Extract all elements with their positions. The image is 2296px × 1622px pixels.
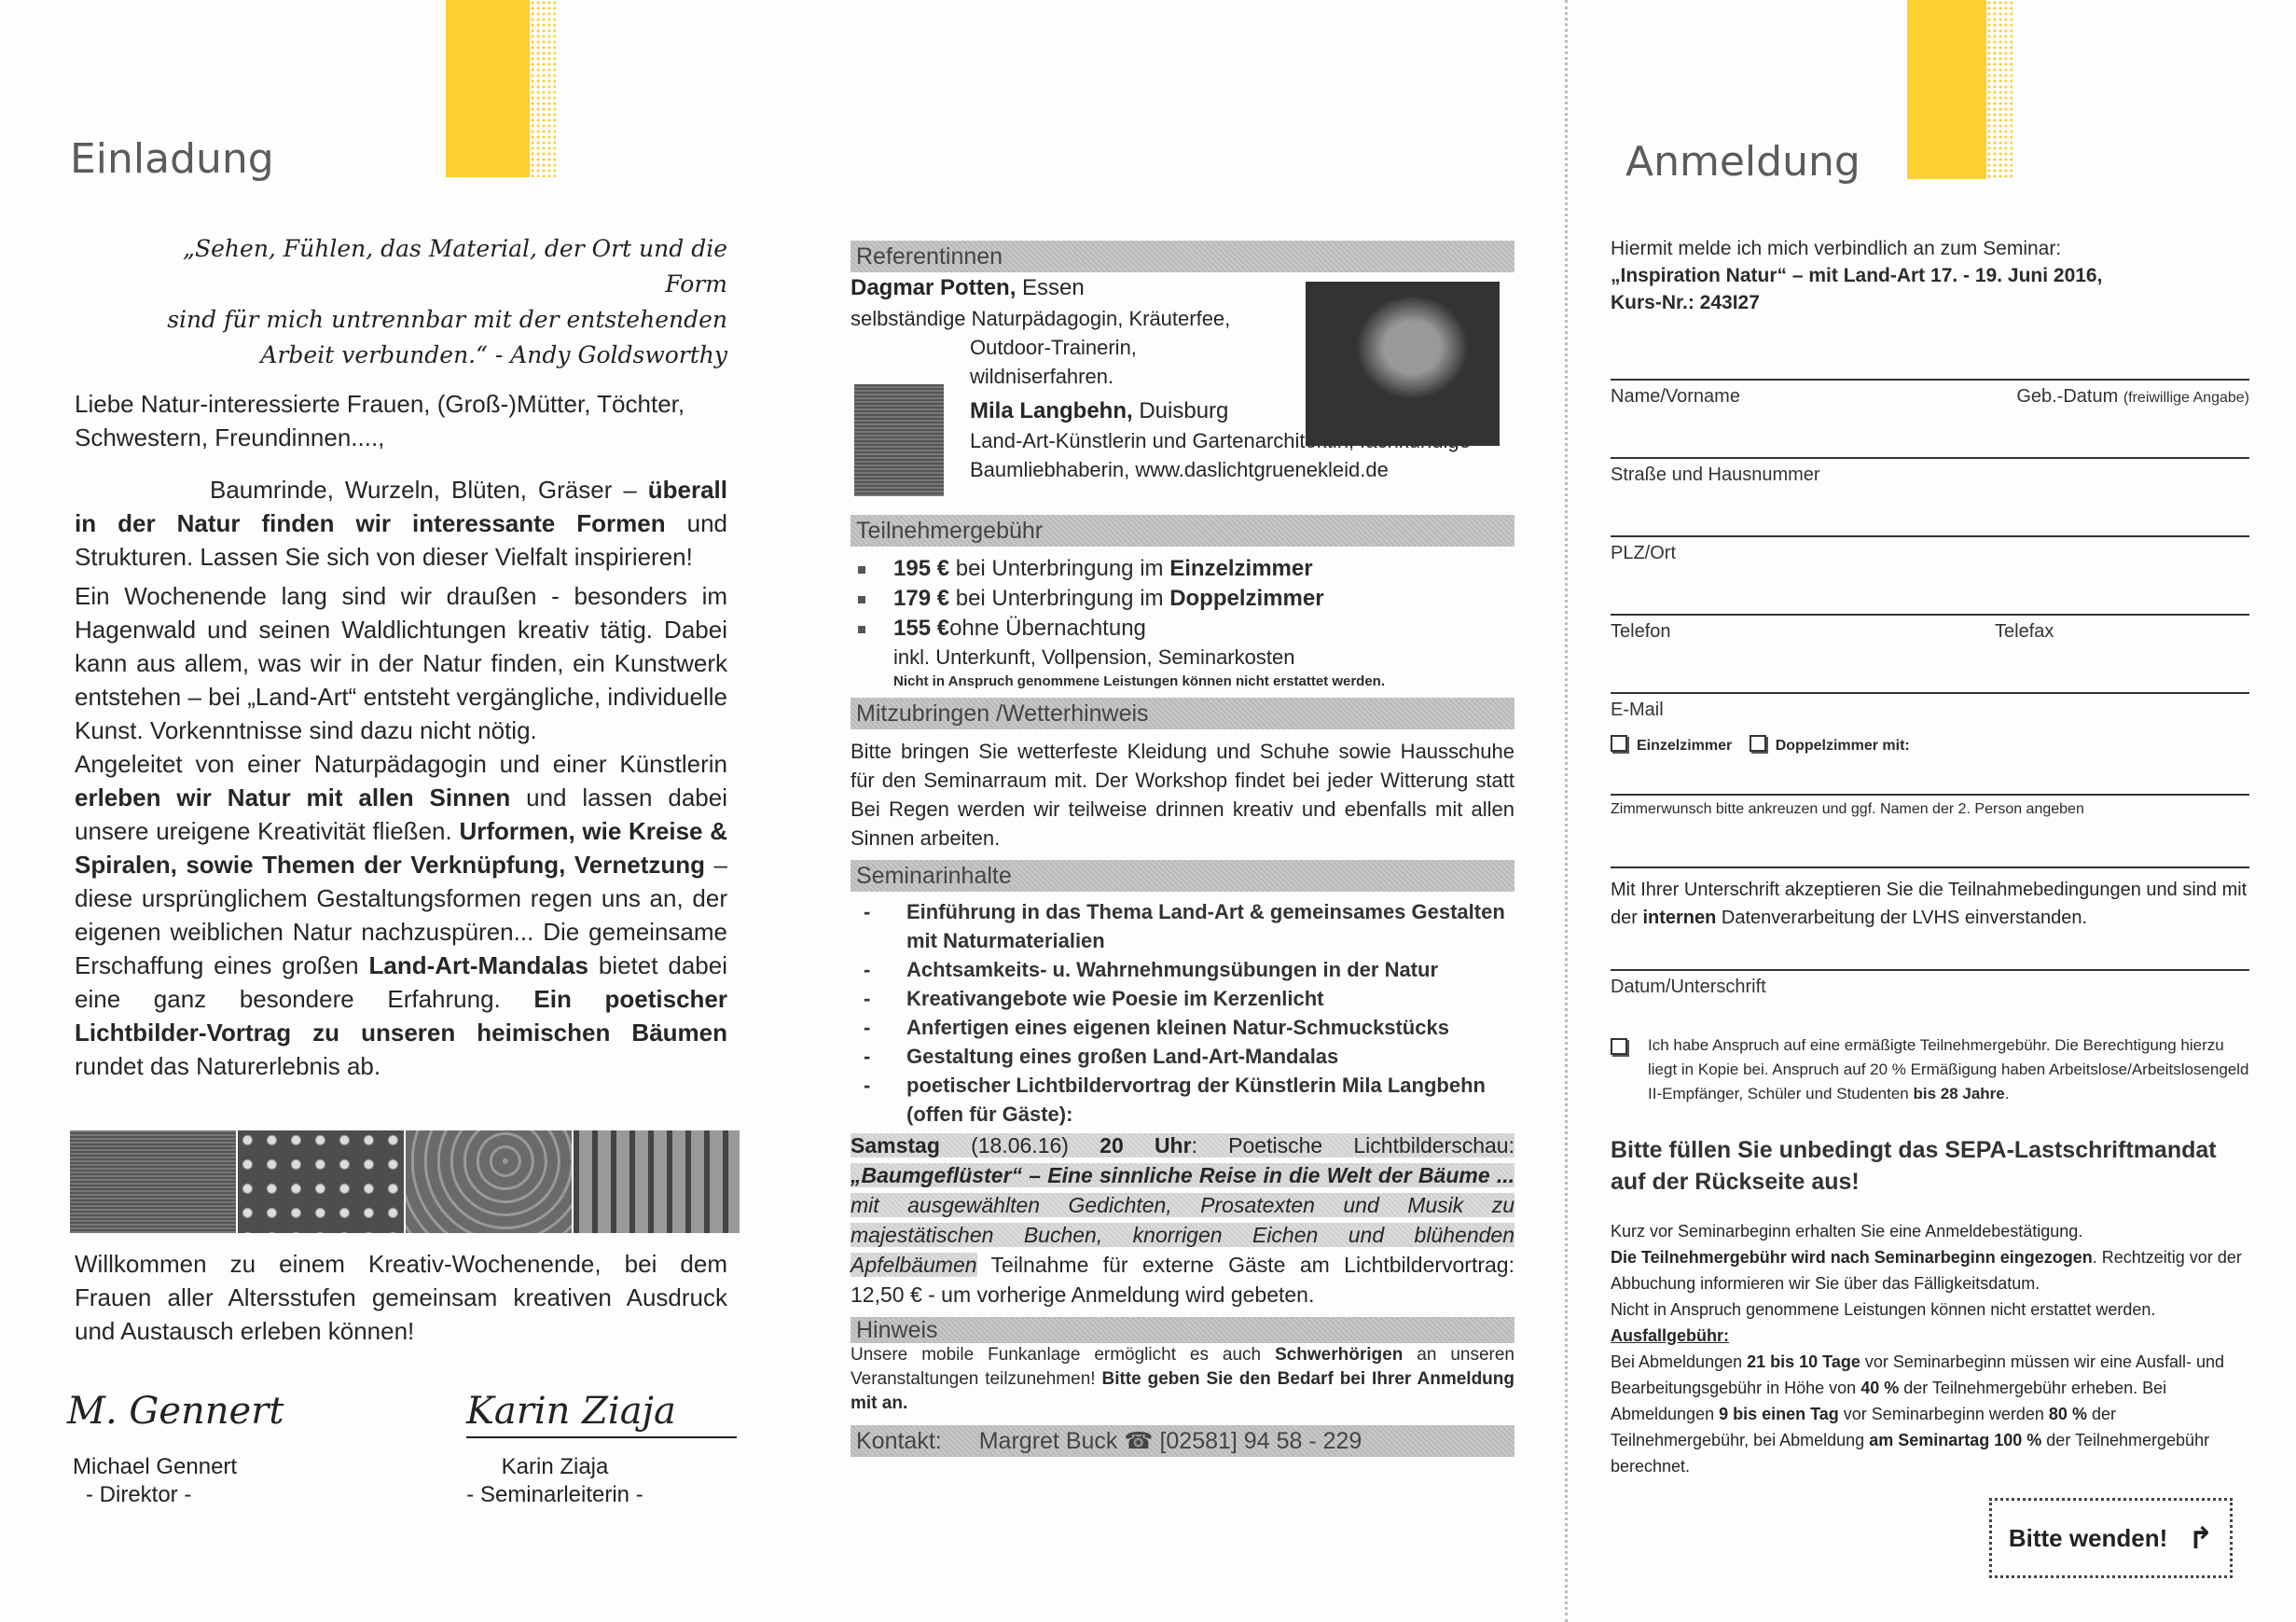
label-email: E-Mail (1611, 700, 1664, 720)
phone-icon: ☎ (1124, 1428, 1153, 1454)
hint-text: Unsere mobile Funkanlage ermöglicht es a… (851, 1343, 1515, 1416)
signer-name: Michael Gennert (73, 1453, 237, 1481)
signer-name: Karin Ziaja (462, 1453, 648, 1481)
field-city[interactable]: PLZ/Ort (1611, 537, 2249, 614)
label-phone: Telefon (1611, 621, 1671, 642)
topic-item: Anfertigen eines eigenen kleinen Natur-S… (851, 1013, 1515, 1042)
fee-amount: 195 € (893, 556, 949, 581)
event-day: Samstag (851, 1133, 940, 1158)
checkbox-single-room[interactable]: Einzelzimmer (1611, 738, 1732, 754)
paragraph-2: Ein Wochenende lang sind wir draußen - b… (75, 579, 727, 747)
topic-item: poetischer Lichtbildervortrag der Künstl… (851, 1071, 1515, 1129)
text-bold: Die Teilnehmergebühr wird nach Seminarbe… (1611, 1248, 2093, 1267)
field-name[interactable]: Name/Vorname Geb.-Datum (freiwillige Ang… (1611, 381, 2249, 457)
quote-line: sind für mich untrennbar mit der entsteh… (140, 302, 727, 338)
fee-text: ohne Übernachtung (949, 616, 1146, 641)
fee-text: bei Unterbringung im (949, 556, 1169, 581)
consent-text: Mit Ihrer Unterschrift akzeptieren Sie d… (1611, 876, 2249, 969)
room-note: Zimmerwunsch bitte ankreuzen und ggf. Na… (1611, 801, 2249, 866)
signature-gennert: M. Gennert (67, 1390, 284, 1433)
label-city: PLZ/Ort (1611, 543, 1676, 563)
field-street[interactable]: Straße und Hausnummer (1611, 459, 2249, 535)
reduced-fee-option[interactable]: Ich habe Anspruch auf eine ermäßigte Tei… (1611, 1033, 2249, 1106)
text: vor Seminarbeginn werden (1839, 1405, 2049, 1423)
referents: Dagmar Potten, Essen selbständige Naturp… (851, 272, 1515, 506)
text-bold: 21 bis 10 Tage (1747, 1352, 1860, 1371)
fee-item: 155 €ohne Übernachtung (851, 614, 1515, 644)
text: Unsere mobile Funkanlage ermöglicht es a… (851, 1345, 1275, 1365)
text-bold: 40 % (1860, 1379, 1899, 1397)
registration-intro: Hiermit melde ich mich verbindlich an zu… (1611, 235, 2249, 316)
cancel-text: Bei Abmeldungen 21 bis 10 Tage vor Semin… (1611, 1349, 2249, 1479)
quote: „Sehen, Fühlen, das Material, der Ort un… (140, 231, 727, 373)
contact-bar: Kontakt: Margret Buck ☎ [02581] 94 58 - … (851, 1425, 1515, 1457)
topic-item: Kreativangebote wie Poesie im Kerzenlich… (851, 984, 1515, 1013)
label-date-signature: Datum/Unterschrift (1611, 977, 2249, 998)
text-bold: am Seminartag 100 % (1869, 1431, 2041, 1449)
fee-item: 179 € bei Unterbringung im Doppelzimmer (851, 584, 1515, 614)
quote-line: Arbeit verbunden.“ - Andy Goldsworthy (140, 338, 727, 373)
signer-role: - Seminarleiterin - (462, 1481, 648, 1509)
paragraph-1: Baumrinde, Wurzeln, Blüten, Gräser – übe… (75, 473, 727, 574)
signature-ziaja: Karin Ziaja (466, 1390, 737, 1438)
photo-strip (70, 1130, 740, 1233)
field-email[interactable]: E-Mail (1611, 694, 2249, 722)
sepa-notice: Bitte füllen Sie unbedingt das SEPA-Last… (1611, 1134, 2226, 1198)
paragraph-3: Angeleitet von einer Naturpädagogin und … (75, 747, 727, 1083)
fold-divider (1565, 0, 1568, 1622)
payment-info: Kurz vor Seminarbeginn erhalten Sie eine… (1611, 1218, 2249, 1479)
contact-label: Kontakt: (856, 1425, 942, 1457)
fee-room: Doppelzimmer (1169, 586, 1323, 611)
topic-item: Einführung in das Thema Land-Art & gemei… (851, 897, 1515, 955)
welcome-text: Willkommen zu einem Kreativ-Wochenende, … (75, 1247, 727, 1348)
event-title: „Baumgeflüster“ – Eine sinnliche Reise i… (851, 1163, 1515, 1187)
text: rundet das Naturerlebnis ab. (75, 1052, 380, 1080)
signer-ziaja: Karin Ziaja - Seminarleiterin - (462, 1453, 648, 1509)
contact-info: Margret Buck ☎ [02581] 94 58 - 229 (979, 1425, 1362, 1457)
turn-arrow-icon: ↱ (2188, 1520, 2213, 1556)
section-heading-content: Seminarinhalte (851, 860, 1515, 892)
photo-dagmar-potten (1306, 282, 1500, 446)
photo-mila-langbehn (854, 384, 944, 496)
fee-item: 195 € bei Unterbringung im Einzelzimmer (851, 554, 1515, 584)
event-time: 20 Uhr (1100, 1133, 1191, 1158)
fee-included: inkl. Unterkunft, Vollpension, Seminarko… (851, 644, 1515, 672)
registration-form: Hiermit melde ich mich verbindlich an zu… (1611, 235, 2249, 1479)
text: Bei Abmeldungen (1611, 1352, 1747, 1371)
section-heading-fee: Teilnehmergebühr (851, 515, 1515, 547)
topic-item: Gestaltung eines großen Land-Art-Mandala… (851, 1042, 1515, 1071)
section-heading-bring: Mitzubringen /Wetterhinweis (851, 698, 1515, 729)
no-refund-text: Nicht in Anspruch genommene Leistungen k… (1611, 1296, 2249, 1323)
fee-amount: 155 € (893, 616, 949, 641)
seminar-name: „Inspiration Natur“ – mit Land-Art 17. -… (1611, 262, 2249, 289)
label-birthdate: Geb.-Datum (freiwillige Angabe) (2016, 386, 2249, 457)
label-name: Name/Vorname (1611, 386, 1740, 457)
section-heading-hint: Hinweis (851, 1317, 1515, 1343)
text-bold: Land-Art-Mandalas (369, 951, 588, 979)
checkbox-icon (1611, 1038, 1627, 1055)
text: . (2005, 1085, 2010, 1102)
fee-list: 195 € bei Unterbringung im Einzelzimmer … (851, 554, 1515, 644)
section-heading-referents: Referentinnen (851, 241, 1515, 272)
reduced-fee-text: Ich habe Anspruch auf eine ermäßigte Tei… (1648, 1033, 2249, 1106)
photo-landart-2 (238, 1130, 406, 1233)
text-bold: Schwerhörigen (1275, 1345, 1403, 1365)
text-bold: 9 bis einen Tag (1719, 1405, 1839, 1423)
page-title-einladung: Einladung (70, 135, 274, 183)
referent-city: Essen (1016, 275, 1084, 300)
signature-line[interactable] (1611, 969, 2249, 971)
referent-name: Dagmar Potten, (851, 275, 1016, 300)
checkbox-icon (1611, 735, 1627, 752)
greeting: Liebe Natur-interessierte Frauen, (Groß-… (75, 387, 727, 454)
label-birth-note: (freiwillige Angabe) (2123, 390, 2249, 406)
debit-text: Die Teilnehmergebühr wird nach Seminarbe… (1611, 1244, 2249, 1296)
field-line (1611, 794, 2249, 796)
signer-role: - Direktor - (73, 1481, 237, 1509)
yellow-accent-block-left (446, 0, 530, 177)
turn-page-label: Bitte wenden! (2009, 1524, 2167, 1553)
fee-amount: 179 € (893, 586, 949, 611)
bring-text: Bitte bringen Sie wetterfeste Kleidung u… (851, 737, 1515, 853)
field-phone[interactable]: Telefon Telefax (1611, 616, 2249, 692)
contact-name: Margret Buck (979, 1428, 1118, 1454)
text-bold: 80 % (2049, 1405, 2087, 1423)
fee-room: Einzelzimmer (1169, 556, 1312, 581)
event-description: Samstag (18.06.16) 20 Uhr: Poetische Lic… (851, 1130, 1515, 1310)
referent-name: Mila Langbehn, (970, 398, 1133, 423)
checkbox-icon (1750, 735, 1766, 752)
event-date: (18.06.16) (940, 1133, 1100, 1158)
confirm-text: Kurz vor Seminarbeginn erhalten Sie eine… (1611, 1218, 2249, 1244)
course-number: Kurs-Nr.: 243I27 (1611, 289, 2249, 316)
event-label: : Poetische Lichtbilderschau: (1192, 1133, 1515, 1158)
referent-desc: Outdoor-Trainerin, wildniserfahren. (970, 333, 1278, 391)
signer-gennert: Michael Gennert - Direktor - (73, 1453, 237, 1509)
middle-panel: Referentinnen Dagmar Potten, Essen selbs… (851, 241, 1515, 1457)
turn-page-box: Bitte wenden! ↱ (1989, 1498, 2233, 1578)
topic-list: Einführung in das Thema Land-Art & gemei… (851, 897, 1515, 1129)
field-line (1611, 866, 2249, 868)
text: Datenverarbeitung der LVHS einverstanden… (1716, 908, 2087, 928)
photo-landart-1 (70, 1130, 238, 1233)
label-fax: Telefax (1995, 621, 2054, 643)
photo-landart-3 (406, 1130, 574, 1233)
text: Baumrinde, Wurzeln, Blüten, Gräser – (210, 476, 648, 504)
checkbox-double-room[interactable]: Doppelzimmer mit: (1750, 738, 1910, 754)
page-title-anmeldung: Anmeldung (1625, 138, 1860, 186)
label-double-room: Doppelzimmer mit: (1776, 738, 1910, 754)
text-bold: bis 28 Jahre (1913, 1085, 2004, 1102)
intro-text: Hiermit melde ich mich verbindlich an zu… (1611, 235, 2249, 262)
cancel-heading: Ausfallgebühr: (1611, 1323, 2249, 1349)
quote-line: „Sehen, Fühlen, das Material, der Ort un… (140, 231, 727, 302)
label-birth: Geb.-Datum (2016, 386, 2118, 407)
label-street: Straße und Hausnummer (1611, 464, 1820, 485)
text-bold: erleben wir Natur mit allen Sinnen (75, 783, 510, 811)
referent-city: Duisburg (1133, 398, 1229, 423)
fee-text: bei Unterbringung im (949, 586, 1169, 611)
topic-item: Achtsamkeits- u. Wahrnehmungsübungen in … (851, 955, 1515, 984)
contact-phone[interactable]: [02581] 94 58 - 229 (1159, 1428, 1362, 1454)
label-single-room: Einzelzimmer (1637, 738, 1732, 754)
text: Angeleitet von einer Naturpädagogin und … (75, 750, 727, 778)
fee-note: Nicht in Anspruch genommene Leistungen k… (851, 672, 1515, 692)
room-options: Einzelzimmer Doppelzimmer mit: (1611, 735, 2249, 755)
invitation-body: Liebe Natur-interessierte Frauen, (Groß-… (75, 387, 727, 1083)
photo-forest (574, 1130, 740, 1233)
yellow-accent-block-right (1907, 0, 1986, 179)
text-bold: internen (1642, 908, 1716, 928)
